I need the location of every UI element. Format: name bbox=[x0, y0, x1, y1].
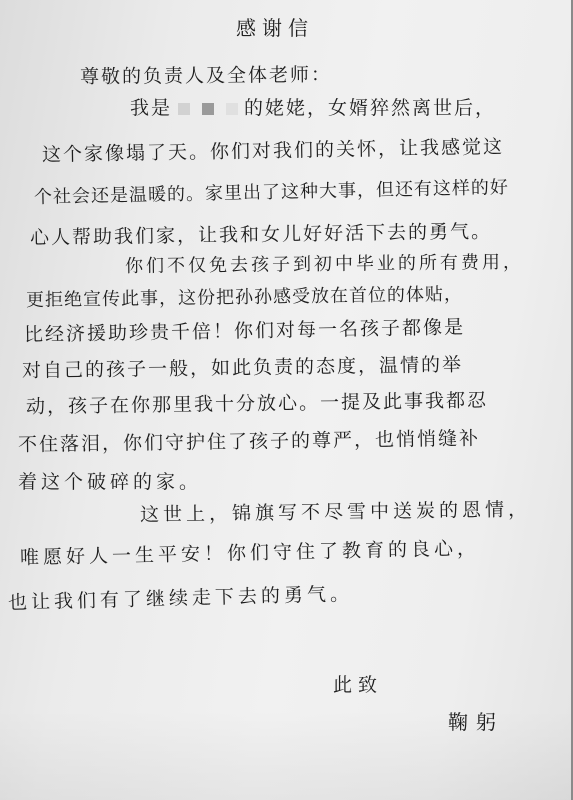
letter-line-4: 心人帮助我们家，让我和女儿好好活下去的勇气。 bbox=[30, 217, 492, 250]
letter-signature: 鞠躬 bbox=[448, 706, 504, 735]
letter-line-6: 更拒绝宣传此事，这份把孙孙感受放在首位的体贴， bbox=[26, 280, 463, 312]
letter-line-1: 我是的姥姥，女婿猝然离世后， bbox=[130, 93, 496, 120]
letter-line-1-suffix: 的姥姥，女婿猝然离世后， bbox=[244, 97, 496, 119]
letter-title: 感谢信 bbox=[236, 12, 314, 41]
redacted-name-block bbox=[178, 103, 190, 115]
letter-line-5: 你们不仅免去孩子到初中毕业的所有费用， bbox=[125, 248, 524, 278]
redacted-name-block bbox=[202, 103, 214, 115]
letter-line-12: 这世上，锦旗写不尽雪中送炭的恩情， bbox=[140, 495, 531, 527]
letter-line-13: 唯愿好人一生平安！你们守住了教育的良心， bbox=[20, 533, 480, 570]
letter-line-11: 着这个破碎的家。 bbox=[18, 467, 202, 494]
letter-line-14: 也让我们有了继续走下去的勇气。 bbox=[8, 579, 354, 615]
letter-salutation: 尊敬的负责人及全体老师： bbox=[80, 60, 332, 89]
letter-line-9: 动，孩子在你那里我十分放心。一提及此事我都忍 bbox=[26, 386, 488, 419]
letter-line-10: 不住落泪，你们守护住了孩子的尊严，也悄悄缝补 bbox=[18, 424, 480, 457]
letter-line-3: 个社会还是温暖的。家里出了这种大事，但还有这样的好 bbox=[34, 173, 509, 209]
letter-line-8: 对自己的孩子一般，如此负责的态度，温情的举 bbox=[22, 350, 463, 383]
letter-closing: 此致 bbox=[333, 670, 383, 697]
letter-line-7: 比经济援助珍贵千倍！你们对每一名孩子都像是 bbox=[24, 312, 465, 347]
letter-line-2: 这个家像塌了天。你们对我们的关怀，让我感觉这 bbox=[42, 132, 504, 167]
letter-line-1-prefix: 我是 bbox=[130, 97, 172, 119]
letter-paper: 感谢信 尊敬的负责人及全体老师： 我是的姥姥，女婿猝然离世后， 这个家像塌了天。… bbox=[0, 0, 573, 800]
redacted-name-block bbox=[226, 103, 238, 115]
